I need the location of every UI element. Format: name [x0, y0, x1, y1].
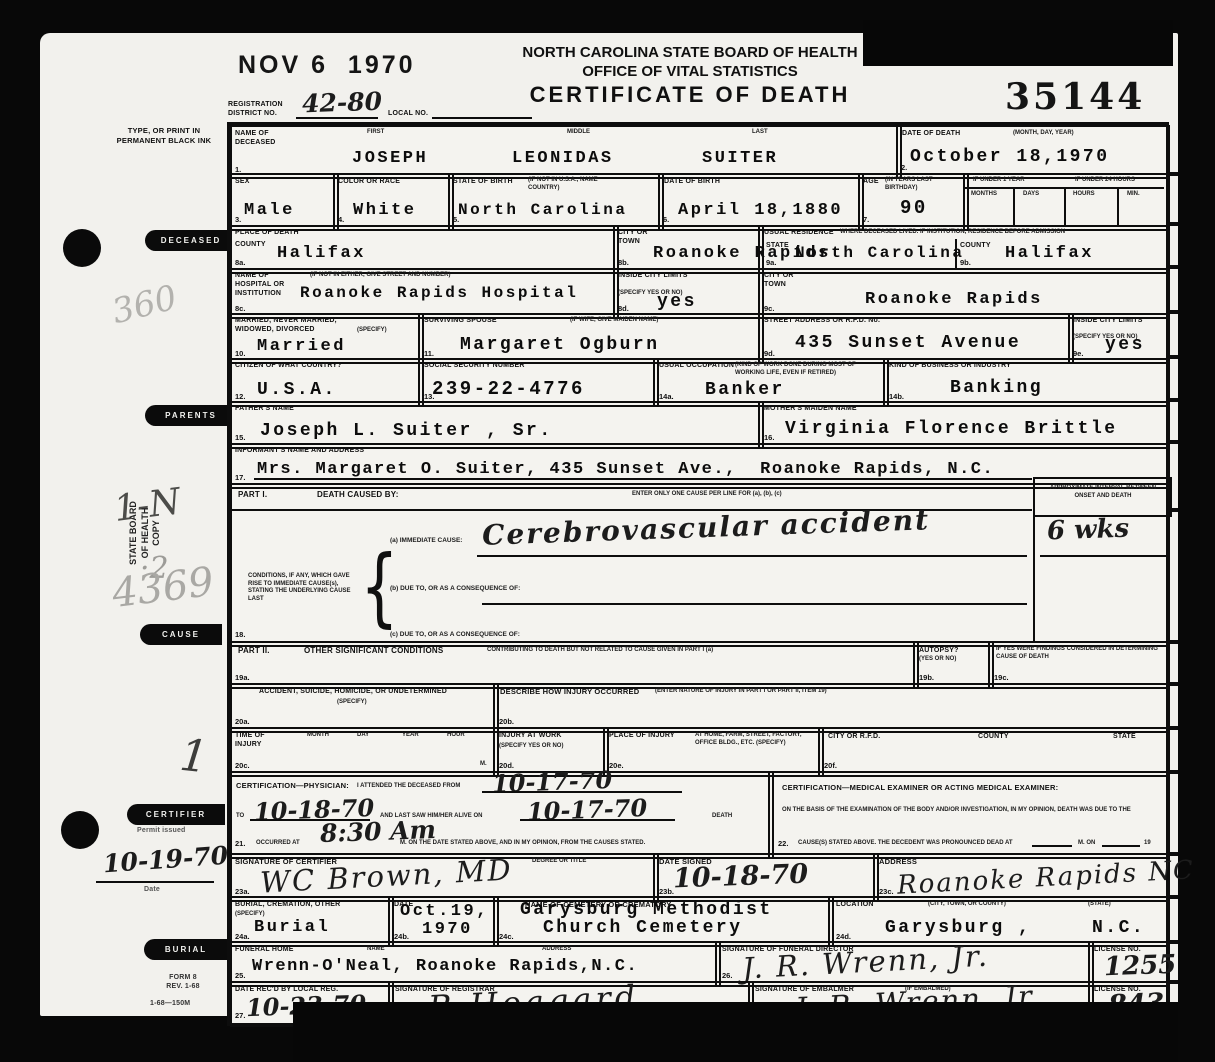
location-label: LOCATION	[836, 900, 874, 909]
field-burial-type: BURIAL, CREMATION, OTHER (SPECIFY) 24a. …	[230, 896, 394, 947]
scan-bottom-band	[293, 1002, 1178, 1062]
field-burial-location: LOCATION (CITY, TOWN, OR COUNTY) (STATE)…	[828, 896, 1170, 947]
agency-name: NORTH CAROLINA STATE BOARD OF HEALTH	[470, 44, 910, 61]
item-3: 3.	[235, 215, 241, 224]
citizen-value: U.S.A.	[257, 380, 337, 400]
father-label: FATHER'S NAME	[235, 404, 294, 413]
item-26: 26.	[722, 971, 732, 980]
item-8a: 8a.	[235, 258, 245, 267]
pronounced-line2	[1102, 831, 1140, 847]
field-color-race: COLOR OR RACE 4. White	[333, 173, 454, 231]
informant-label: INFORMANT'S NAME AND ADDRESS	[235, 446, 364, 455]
race-label: COLOR OR RACE	[338, 177, 400, 186]
item-23b: 23b.	[659, 887, 674, 896]
under-1-year-label: IF UNDER 1 YEAR	[973, 177, 1025, 185]
field-date-of-birth: DATE OF BIRTH 6. April 18,1880	[658, 173, 864, 231]
middle-name-value: LEONIDAS	[512, 149, 614, 168]
sex-label: SEX	[235, 177, 250, 186]
usual-residence-sublabel: WHERE DECEASED LIVED. IF INSTITUTION, RE…	[840, 229, 1160, 237]
form-no-line: FORM 8	[169, 974, 197, 981]
physician-cert-title: CERTIFICATION—PHYSICIAN:	[236, 781, 349, 791]
hospital-value: Roanoke Rapids Hospital	[300, 284, 578, 302]
m-on-label: M. ON	[1078, 840, 1095, 848]
certifier-address-value: Roanoke Rapids NC	[896, 855, 1195, 901]
item-19a: 19a.	[235, 673, 250, 682]
certification-medical-examiner: CERTIFICATION—MEDICAL EXAMINER OR ACTING…	[768, 771, 1170, 859]
last-name-value: SUITER	[702, 149, 778, 168]
certification-physician: CERTIFICATION—PHYSICIAN: I ATTENDED THE …	[230, 771, 774, 859]
item-18: 18.	[235, 630, 245, 639]
item-11: 11.	[424, 349, 434, 358]
field-date-of-death: DATE OF DEATH (MONTH, DAY, YEAR) 2. Octo…	[896, 125, 1170, 179]
field-certifier-address: ADDRESS 23c. Roanoke Rapids NC	[873, 853, 1170, 902]
burial-value: Burial	[254, 918, 330, 937]
age-value: 90	[900, 197, 928, 219]
field-father-name: FATHER'S NAME 15. Joseph L. Suiter , Sr.	[230, 401, 764, 449]
sex-value: Male	[244, 201, 295, 220]
usual-residence-label: USUAL RESIDENCE	[764, 228, 834, 237]
residence-county-value: Halifax	[1005, 244, 1094, 263]
residence-city-value: Roanoke Rapids	[865, 290, 1043, 309]
field-autopsy: AUTOPSY? (YES OR NO) 19b.	[913, 641, 994, 689]
field-industry: KIND OF BUSINESS OR INDUSTRY 14b. Bankin…	[883, 358, 1170, 407]
other-conditions-note: CONTRIBUTING TO DEATH BUT NOT RELATED TO…	[487, 647, 887, 655]
mother-label: MOTHER'S MAIDEN NAME	[764, 404, 857, 413]
field-date-signed: DATE SIGNED 23b. 10-18-70	[653, 853, 879, 902]
interval-column-divider	[1033, 513, 1035, 641]
item-20a: 20a.	[235, 717, 250, 726]
part-1-section: PART I. DEATH CAUSED BY: ENTER ONLY ONE …	[230, 483, 1170, 647]
item-8b: 8b.	[618, 258, 629, 267]
marital-sublabel: (SPECIFY)	[357, 327, 387, 335]
hour-label: HOUR	[447, 732, 465, 740]
field-sex: SEX 3. Male	[230, 173, 339, 231]
item-23a: 23a.	[235, 887, 250, 896]
item-8d: 8d.	[618, 304, 629, 313]
injury-at-work-sublabel: (SPECIFY YES OR NO)	[499, 743, 563, 751]
office-name: OFFICE OF VITAL STATISTICS	[470, 63, 910, 80]
degree-title-label: DEGREE OR TITLE	[532, 858, 586, 866]
citizen-label: CITIZEN OF WHAT COUNTRY?	[235, 361, 342, 370]
field-place-of-death-county: PLACE OF DEATH COUNTY 8a. Halifax	[230, 225, 619, 274]
burial-date-line2: 1970	[422, 920, 473, 939]
item-4: 4.	[338, 215, 344, 224]
occupation-label: USUAL OCCUPATION	[659, 361, 734, 370]
examiner-line-text: CAUSE(S) STATED ABOVE. THE DECEDENT WAS …	[798, 840, 1013, 848]
age-label: AGE	[863, 177, 879, 186]
conditions-note: CONDITIONS, IF ANY, WHICH GAVE RISE TO I…	[248, 573, 354, 603]
occupation-sublabel: (KIND OF WORK DONE DURING MOST OF WORKIN…	[735, 362, 875, 377]
field-place-of-death-city: CITY OR TOWN 8b. Roanoke Rapids	[613, 225, 764, 274]
punch-hole-bottom	[61, 811, 99, 849]
dod-label: DATE OF DEATH	[902, 129, 960, 138]
field-hospital: NAME OF HOSPITAL OR INSTITUTION (IF NOT …	[230, 268, 619, 319]
field-if-under-1-year: IF UNDER 1 YEAR IF UNDER 24 HOURS MONTHS…	[963, 173, 1170, 231]
item-9d: 9d.	[764, 349, 775, 358]
item-16: 16.	[764, 433, 774, 442]
year-19-label: 19	[1144, 840, 1151, 848]
occurred-rest-label: M. ON THE DATE STATED ABOVE, AND IN MY O…	[400, 840, 765, 848]
occurred-at-label: OCCURRED AT	[256, 840, 300, 848]
interval-line	[1040, 533, 1166, 557]
local-number-label: LOCAL NO.	[388, 109, 428, 118]
location-sublabel-state: (STATE)	[1088, 901, 1111, 909]
street-address-label: STREET ADDRESS OR R.F.D. No.	[764, 316, 880, 325]
informant-underline	[254, 455, 1032, 480]
hospital-inside-city-value: yes	[657, 292, 697, 312]
occupation-value: Banker	[705, 380, 785, 400]
spouse-label: SURVIVING SPOUSE	[424, 316, 497, 325]
field-surviving-spouse: SURVIVING SPOUSE (IF WIFE, GIVE MAIDEN N…	[418, 313, 764, 364]
registration-label: REGISTRATION DISTRICT NO.	[228, 100, 283, 118]
field-age: AGE (IN YEARS LAST BIRTHDAY) 7. 90	[858, 173, 969, 231]
date-word: Date	[144, 885, 160, 894]
under-1-grid: MONTHS DAYS HOURS MIN.	[965, 187, 1164, 227]
first-label: FIRST	[367, 129, 384, 137]
father-value: Joseph L. Suiter , Sr.	[260, 421, 553, 441]
cell-divider	[1064, 189, 1066, 227]
cemetery-name-line2: Church Cemetery	[543, 918, 743, 938]
item-24c: 24c.	[499, 932, 514, 941]
day-label: DAY	[357, 732, 369, 740]
district-number-line	[296, 95, 378, 119]
field-time-of-injury: TIME OF INJURY MONTH DAY YEAR HOUR 20c. …	[230, 727, 499, 777]
type-or-print-note: TYPE, OR PRINT IN PERMANENT BLACK INK	[116, 126, 212, 146]
item-17: 17.	[235, 473, 245, 482]
ssn-value: 239-22-4776	[432, 378, 585, 400]
item-27: 27.	[235, 1011, 245, 1020]
deceased-section-badge: DECEASED	[145, 230, 237, 251]
field-hospital-inside-city: INSIDE CITY LIMITS (SPECIFY YES OR NO) 8…	[613, 268, 764, 319]
item-9a: 9a.	[766, 258, 776, 267]
item-8c: 8c.	[235, 304, 245, 313]
item-15: 15.	[235, 433, 245, 442]
months-label: MONTHS	[971, 191, 997, 199]
item-12: 12.	[235, 392, 245, 401]
last-label: LAST	[752, 129, 768, 137]
field-ssn: SOCIAL SECURITY NUMBER 13. 239-22-4776	[418, 358, 659, 407]
injury-county-label: COUNTY	[978, 732, 1009, 741]
certificate-title: CERTIFICATE OF DEATH	[470, 82, 910, 108]
item-7: 7.	[863, 215, 869, 224]
mother-value: Virginia Florence Brittle	[785, 419, 1118, 439]
interval-header-box: APPROXIMATE INTERVAL BETWEEN ONSET AND D…	[1033, 477, 1172, 517]
birth-state-label: STATE OF BIRTH	[453, 177, 513, 186]
location-city-value: Garysburg ,	[885, 918, 1031, 938]
funeral-home-value: Wrenn-O'Neal, Roanoke Rapids,N.C.	[252, 957, 638, 976]
dod-value: October 18,1970	[910, 147, 1110, 167]
item-14b: 14b.	[889, 392, 904, 401]
inside-city-limits-label: INSIDE CITY LIMITS	[618, 271, 693, 280]
place-of-injury-sublabel: AT HOME, FARM, STREET, FACTORY, OFFICE B…	[695, 732, 815, 747]
birth-state-value: North Carolina	[458, 201, 627, 219]
item-9c: 9c.	[764, 304, 774, 313]
part-2-label: PART II.	[238, 646, 270, 656]
form-number: FORM 8 REV. 1-68	[158, 973, 208, 991]
residence-county-label: COUNTY	[960, 241, 991, 250]
field-injury-location: CITY OR R.F.D. COUNTY STATE 20f.	[818, 727, 1170, 777]
place-of-death-label: PLACE OF DEATH	[235, 228, 299, 237]
marital-value: Married	[257, 337, 346, 356]
print-code: 1-68—150M	[150, 999, 190, 1008]
injury-city-label: CITY OR R.F.D.	[828, 732, 880, 741]
alive-date-line	[520, 801, 675, 821]
due-to-c-label: (c) DUE TO, OR AS A CONSEQUENCE OF:	[390, 631, 520, 639]
punch-hole-top	[63, 229, 101, 267]
parents-section-badge: PARENTS	[145, 405, 237, 426]
copy-stamp-line2: OF HEALTH	[140, 508, 150, 559]
field-certifier-signature: SIGNATURE OF CERTIFIER DEGREE OR TITLE 2…	[230, 853, 659, 902]
field-accident-type: ACCIDENT, SUICIDE, HOMICIDE, OR UNDETERM…	[230, 683, 499, 733]
days-label: DAYS	[1023, 191, 1039, 199]
describe-injury-label: DESCRIBE HOW INJURY OCCURRED	[500, 687, 639, 697]
field-cemetery-name: NAME OF CEMETERY OR CREMATORY 24c. Garys…	[493, 896, 834, 947]
injury-at-work-label: INJURY AT WORK	[499, 731, 562, 740]
min-label: MIN.	[1127, 191, 1140, 199]
item-24a: 24a.	[235, 932, 250, 941]
certificate-paper: NOV 6 1970 NORTH CAROLINA STATE BOARD OF…	[40, 33, 1178, 1016]
age-sublabel: (IN YEARS LAST BIRTHDAY)	[885, 177, 955, 192]
item-14a: 14a.	[659, 392, 674, 401]
dod-sublabel: (MONTH, DAY, YEAR)	[1013, 130, 1074, 138]
item-24b: 24b.	[394, 932, 409, 941]
city-or-town-label: CITY OR TOWN	[618, 228, 658, 246]
item-25: 25.	[235, 971, 245, 980]
item-20c: 20c.	[235, 761, 250, 770]
date-signed-value: 10-18-70	[673, 859, 809, 895]
ssn-label: SOCIAL SECURITY NUMBER	[424, 361, 525, 370]
residence-icl-label: INSIDE CITY LIMITS	[1073, 316, 1143, 325]
race-value: White	[353, 201, 417, 220]
item-21: 21.	[235, 839, 245, 848]
m-label: M.	[480, 761, 487, 769]
burial-section-badge: BURIAL	[144, 939, 228, 960]
from-date-line	[482, 773, 682, 793]
item-20b: 20b.	[499, 717, 514, 726]
permit-date-line	[96, 859, 214, 883]
funeral-home-label: FUNERAL HOME	[235, 945, 294, 954]
copy-stamp-line3: COPY	[151, 520, 161, 546]
death-county-value: Halifax	[277, 244, 366, 263]
funeral-name-sublabel: NAME	[367, 946, 385, 954]
cemetery-name-line1: Garysburg Methodist	[520, 900, 773, 920]
item-19b: 19b.	[919, 673, 934, 682]
field-occupation: USUAL OCCUPATION (KIND OF WORK DONE DURI…	[653, 358, 889, 407]
field-mother-name: MOTHER'S MAIDEN NAME 16. Virginia Floren…	[758, 401, 1170, 449]
item-10: 10.	[235, 349, 245, 358]
certifier-section-badge: CERTIFIER	[127, 804, 225, 825]
local-number-line	[432, 95, 532, 119]
field-residence-inside-city: INSIDE CITY LIMITS (SPECIFY YES OR NO) 9…	[1068, 313, 1170, 364]
immediate-cause-label: (a) IMMEDIATE CAUSE:	[390, 537, 462, 545]
location-sublabel-city: (CITY, TOWN, OR COUNTY)	[928, 901, 1006, 909]
due-to-b-line	[482, 581, 1027, 605]
director-license-value: 1255	[1103, 950, 1176, 983]
location-state-value: N.C.	[1092, 918, 1145, 938]
scanned-death-certificate: NOV 6 1970 NORTH CAROLINA STATE BOARD OF…	[0, 0, 1215, 1062]
field-autopsy-findings: IF YES WERE FINDINGS CONSIDERED IN DETER…	[988, 641, 1170, 689]
form-rev-line: REV. 1-68	[166, 983, 199, 990]
copy-stamp-line1: STATE BOARD	[128, 501, 138, 565]
industry-value: Banking	[950, 378, 1043, 398]
spouse-value: Margaret Ogburn	[460, 335, 660, 355]
field-marital-status: MARRIED, NEVER MARRIED, WIDOWED, DIVORCE…	[230, 313, 424, 364]
interval-label: APPROXIMATE INTERVAL BETWEEN ONSET AND D…	[1043, 485, 1163, 500]
funeral-address-sublabel: ADDRESS	[542, 946, 571, 954]
residence-state-value: North Carolina	[795, 244, 964, 262]
pencil-4369: 4369	[110, 559, 217, 617]
address-label: ADDRESS	[879, 857, 917, 867]
name-label: NAME OF DECEASED	[235, 129, 287, 147]
autopsy-sublabel: (YES OR NO)	[919, 656, 956, 664]
field-burial-date: DATE 24b. Oct.19, 1970	[388, 896, 499, 947]
under-24-hours-label: IF UNDER 24 HOURS	[1075, 177, 1135, 185]
item-24d: 24d.	[836, 932, 851, 941]
field-street-address: STREET ADDRESS OR R.F.D. No. 9d. 435 Sun…	[758, 313, 1074, 364]
registration-label-line1: REGISTRATION	[228, 101, 283, 108]
accident-sublabel: (SPECIFY)	[337, 699, 367, 707]
item-9e: 9e.	[1073, 349, 1083, 358]
received-date-stamp: NOV 6 1970	[238, 51, 416, 80]
item-6: 6.	[663, 215, 669, 224]
to-label: TO	[236, 813, 244, 821]
attended-label: I ATTENDED THE DECEASED FROM	[357, 783, 460, 791]
residence-icl-value: yes	[1105, 335, 1145, 355]
first-name-value: JOSEPH	[352, 149, 428, 168]
death-label: DEATH	[712, 813, 732, 821]
field-usual-residence: USUAL RESIDENCE WHERE DECEASED LIVED. IF…	[758, 225, 1170, 274]
field-residence-city: CITY OR TOWN 9c. Roanoke Rapids	[758, 268, 1170, 319]
item-2: 2.	[901, 163, 907, 172]
field-state-of-birth: STATE OF BIRTH (IF NOT IN U.S.A., NAME C…	[448, 173, 664, 231]
registration-label-line2: DISTRICT NO.	[228, 110, 277, 117]
other-conditions-label: OTHER SIGNIFICANT CONDITIONS	[304, 646, 443, 656]
pencil-1: 1	[177, 730, 210, 784]
month-label: MONTH	[307, 732, 329, 740]
describe-injury-sublabel: (ENTER NATURE OF INJURY IN PART I OR PAR…	[655, 688, 827, 696]
middle-label: MIDDLE	[567, 129, 590, 137]
hours-label: HOURS	[1073, 191, 1095, 199]
item-20f: 20f.	[824, 761, 837, 770]
item-19c: 19c.	[994, 673, 1009, 682]
spouse-sublabel: (IF WIFE, GIVE MAIDEN NAME)	[570, 317, 658, 325]
field-citizen: CITIZEN OF WHAT COUNTRY? 12. U.S.A.	[230, 358, 424, 407]
burial-date-line1: Oct.19,	[400, 902, 489, 921]
time-of-injury-label: TIME OF INJURY	[235, 731, 267, 749]
dob-label: DATE OF BIRTH	[664, 177, 720, 186]
industry-label: KIND OF BUSINESS OR INDUSTRY	[889, 361, 1011, 370]
examiner-cert-title: CERTIFICATION—MEDICAL EXAMINER OR ACTING…	[782, 783, 1058, 793]
state-label: STATE	[766, 241, 789, 250]
certificate-serial-number: 35144	[1005, 76, 1145, 118]
examiner-body-text: ON THE BASIS OF THE EXAMINATION OF THE B…	[782, 807, 1160, 815]
cause-section-badge: CAUSE	[140, 624, 222, 645]
findings-label: IF YES WERE FINDINGS CONSIDERED IN DETER…	[996, 646, 1161, 661]
hospital-sublabel: (IF NOT IN EITHER, GIVE STREET AND NUMBE…	[310, 272, 490, 280]
cell-divider	[1013, 189, 1015, 227]
cell-divider	[1117, 189, 1119, 227]
residence-city-label: CITY OR TOWN	[764, 271, 804, 289]
hospital-label: NAME OF HOSPITAL OR INSTITUTION	[235, 271, 297, 298]
place-of-injury-label: PLACE OF INJURY	[609, 731, 675, 740]
county-label: COUNTY	[235, 240, 266, 249]
burial-label: BURIAL, CREMATION, OTHER	[235, 900, 365, 909]
pronounced-line1	[1032, 831, 1072, 847]
street-address-value: 435 Sunset Avenue	[795, 333, 1021, 353]
dob-value: April 18,1880	[678, 201, 843, 220]
residence-divider	[955, 239, 957, 268]
field-place-of-injury: PLACE OF INJURY AT HOME, FARM, STREET, F…	[603, 727, 824, 777]
year-label: YEAR	[402, 732, 419, 740]
field-name-of-deceased: NAME OF DECEASED FIRST MIDDLE LAST 1. JO…	[230, 125, 902, 179]
field-describe-injury: DESCRIBE HOW INJURY OCCURRED (ENTER NATU…	[493, 683, 1170, 733]
immediate-cause-line	[477, 533, 1027, 557]
permit-issued-label: Permit issued	[137, 826, 186, 835]
item-9b: 9b.	[960, 258, 971, 267]
injury-state-label: STATE	[1113, 732, 1136, 741]
certificate-form: NAME OF DECEASED FIRST MIDDLE LAST 1. JO…	[227, 122, 1169, 1026]
item-23c: 23c.	[879, 887, 894, 896]
marital-label: MARRIED, NEVER MARRIED, WIDOWED, DIVORCE…	[235, 316, 355, 334]
birth-state-sublabel: (IF NOT IN U.S.A., NAME COUNTRY)	[528, 177, 613, 192]
autopsy-label: AUTOPSY?	[919, 646, 959, 655]
item-22: 22.	[778, 839, 788, 848]
part-2-section: PART II. OTHER SIGNIFICANT CONDITIONS CO…	[230, 641, 919, 689]
accident-label: ACCIDENT, SUICIDE, HOMICIDE, OR UNDETERM…	[238, 687, 468, 696]
pencil-360: 360	[108, 278, 181, 333]
